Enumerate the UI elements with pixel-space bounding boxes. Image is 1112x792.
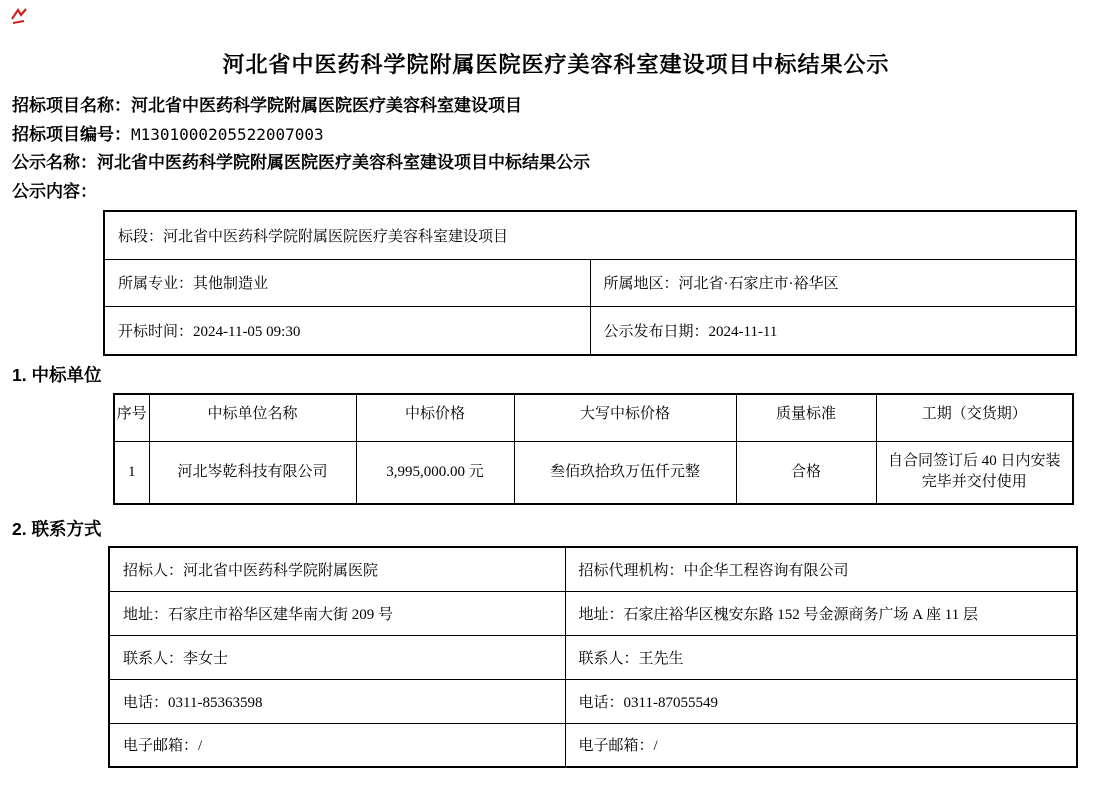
tenderer-phone-cell: 电话：0311-85363598 [109,679,565,723]
project-code-value: M1301000205522007003 [131,125,324,144]
winner-section-heading: 1. 中标单位 [12,364,1112,386]
bid-section-cell: 标段：河北省中医药科学院附属医院医疗美容科室建设项目 [104,211,1076,259]
col-header-name: 中标单位名称 [149,394,356,441]
project-code-label: 招标项目编号： [12,125,131,144]
table-row: 地址：石家庄市裕华区建华南大街 209 号 地址：石家庄裕华区槐安东路 152 … [109,591,1077,635]
tenderer-email-cell: 电子邮箱：/ [109,723,565,767]
agency-cell: 招标代理机构：中企华工程咨询有限公司 [565,547,1077,591]
winner-price-cell: 3,995,000.00 元 [356,441,514,504]
red-annotation-icon [9,6,29,26]
table-header-row: 序号 中标单位名称 中标价格 大写中标价格 质量标准 工期（交货期） [114,394,1073,441]
project-name-label: 招标项目名称： [12,96,131,115]
winner-price-caps-cell: 叁佰玖拾玖万伍仟元整 [514,441,736,504]
notice-name-line: 公示名称：河北省中医药科学院附属医院医疗美容科室建设项目中标结果公示 [12,149,1112,178]
winner-quality-cell: 合格 [736,441,876,504]
notice-content-label: 公示内容： [12,182,97,201]
tenderer-contact-cell: 联系人：李女士 [109,635,565,679]
notice-summary-table: 标段：河北省中医药科学院附属医院医疗美容科室建设项目 所属专业：其他制造业 所属… [103,210,1077,356]
notice-meta: 招标项目名称：河北省中医药科学院附属医院医疗美容科室建设项目 招标项目编号：M1… [12,92,1112,206]
table-row: 电话：0311-85363598 电话：0311-87055549 [109,679,1077,723]
publish-date-cell: 公示发布日期：2024-11-11 [590,306,1076,355]
winner-table: 序号 中标单位名称 中标价格 大写中标价格 质量标准 工期（交货期） 1 河北岑… [113,393,1074,505]
col-header-quality: 质量标准 [736,394,876,441]
table-row: 联系人：李女士 联系人：王先生 [109,635,1077,679]
agency-address-cell: 地址：石家庄裕华区槐安东路 152 号金源商务广场 A 座 11 层 [565,591,1077,635]
notice-content-line: 公示内容： [12,178,1112,207]
region-cell: 所属地区：河北省·石家庄市·裕华区 [590,259,1076,306]
table-row: 电子邮箱：/ 电子邮箱：/ [109,723,1077,767]
table-row: 所属专业：其他制造业 所属地区：河北省·石家庄市·裕华区 [104,259,1076,306]
open-time-cell: 开标时间：2024-11-05 09:30 [104,306,590,355]
tenderer-cell: 招标人：河北省中医药科学院附属医院 [109,547,565,591]
contact-section-heading: 2. 联系方式 [12,518,1112,540]
winner-delivery-cell: 自合同签订后 40 日内安装完毕并交付使用 [876,441,1073,504]
winner-name-cell: 河北岑乾科技有限公司 [149,441,356,504]
col-header-delivery: 工期（交货期） [876,394,1073,441]
table-row: 开标时间：2024-11-05 09:30 公示发布日期：2024-11-11 [104,306,1076,355]
agency-contact-cell: 联系人：王先生 [565,635,1077,679]
table-row: 1 河北岑乾科技有限公司 3,995,000.00 元 叁佰玖拾玖万伍仟元整 合… [114,441,1073,504]
contacts-table: 招标人：河北省中医药科学院附属医院 招标代理机构：中企华工程咨询有限公司 地址：… [108,546,1078,768]
col-header-seq: 序号 [114,394,149,441]
industry-cell: 所属专业：其他制造业 [104,259,590,306]
agency-phone-cell: 电话：0311-87055549 [565,679,1077,723]
tenderer-address-cell: 地址：石家庄市裕华区建华南大街 209 号 [109,591,565,635]
table-row: 招标人：河北省中医药科学院附属医院 招标代理机构：中企华工程咨询有限公司 [109,547,1077,591]
page-title: 河北省中医药科学院附属医院医疗美容科室建设项目中标结果公示 [0,0,1112,80]
notice-name-value: 河北省中医药科学院附属医院医疗美容科室建设项目中标结果公示 [97,153,590,172]
table-row: 标段：河北省中医药科学院附属医院医疗美容科室建设项目 [104,211,1076,259]
winner-seq-cell: 1 [114,441,149,504]
project-name-line: 招标项目名称：河北省中医药科学院附属医院医疗美容科室建设项目 [12,92,1112,121]
agency-email-cell: 电子邮箱：/ [565,723,1077,767]
col-header-price-caps: 大写中标价格 [514,394,736,441]
col-header-price: 中标价格 [356,394,514,441]
project-code-line: 招标项目编号：M1301000205522007003 [12,121,1112,150]
notice-name-label: 公示名称： [12,153,97,172]
project-name-value: 河北省中医药科学院附属医院医疗美容科室建设项目 [131,96,522,115]
